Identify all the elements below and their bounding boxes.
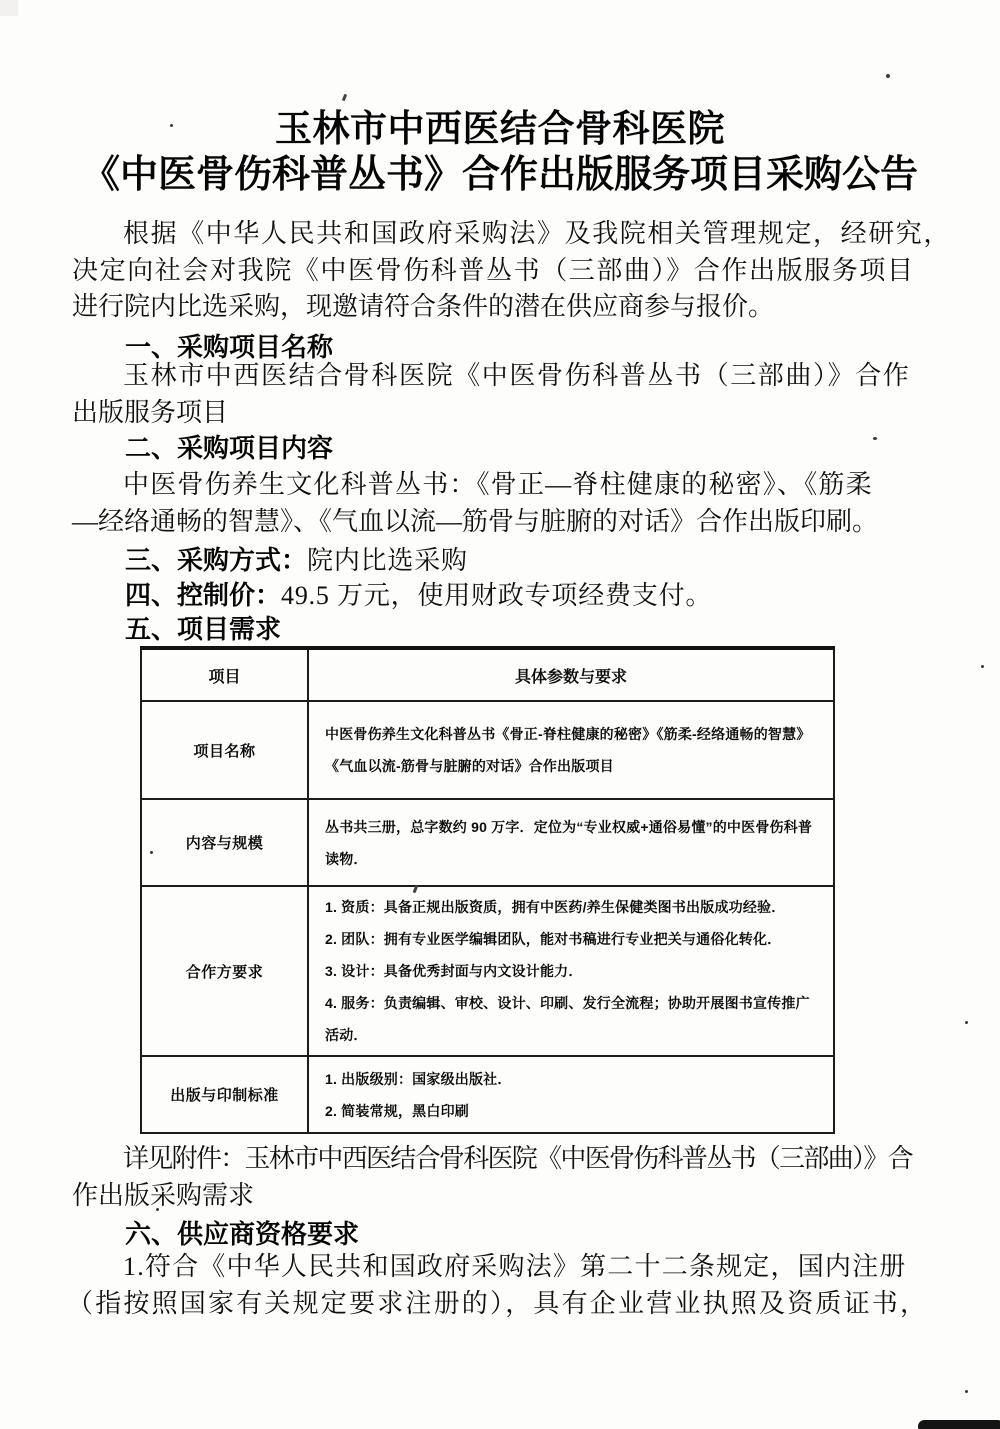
- row-content: 1. 出版级别：国家级出版社． 2. 简装常规，黑白印刷: [308, 1056, 834, 1133]
- scan-speck: [901, 1150, 904, 1153]
- content-line: 2. 简装常规，黑白印刷: [325, 1095, 823, 1127]
- scan-speck: [873, 437, 877, 440]
- section1-line: 玉林市中西医结合骨科医院《中医骨伤科普丛书（三部曲）》合作: [72, 358, 925, 395]
- intro-paragraph: 根据《中华人民共和国政府采购法》及我院相关管理规定，经研究， 决定向社会对我院《…: [72, 216, 925, 326]
- table-row: 内容与规模 丛书共三册，总字数约 90 万字．定位为“专业权威+通俗易懂”的中医…: [141, 799, 834, 886]
- scan-corner-shade: [0, 0, 18, 16]
- section2-heading: 二、采购项目内容: [125, 430, 333, 467]
- content-line: 中医骨伤养生文化科普丛书《骨正-脊柱健康的秘密》《筋柔-经络通畅的智慧》: [325, 718, 823, 750]
- supplier-line: 1.符合《中华人民共和国政府采购法》第二十二条规定，国内注册: [72, 1249, 925, 1286]
- supplier-line: （指按照国家有关规定要求注册的），具有企业营业执照及资质证书，: [67, 1286, 925, 1323]
- attachment-line: 详见附件：玉林市中西医结合骨科医院《中医骨伤科普丛书（三部曲）》合: [72, 1141, 925, 1178]
- scan-speck: [170, 124, 173, 127]
- row-content: 1. 资质：具备正规出版资质，拥有中医药/养生保健类图书出版成功经验． 2. 团…: [308, 886, 834, 1056]
- scanned-procurement-notice: 玉林市中西医结合骨科医院 《中医骨伤科普丛书》合作出版服务项目采购公告 根据《中…: [0, 0, 1000, 1429]
- scan-speck: [886, 74, 890, 78]
- table-row: 合作方要求 1. 资质：具备正规出版资质，拥有中医药/养生保健类图书出版成功经验…: [141, 886, 834, 1056]
- section4-value: 49.5 万元，使用财政专项经费支付。: [281, 581, 712, 610]
- content-line: 1. 资质：具备正规出版资质，拥有中医药/养生保健类图书出版成功经验．: [325, 891, 823, 923]
- attachment-line: 作出版采购需求: [72, 1178, 925, 1215]
- intro-line: 决定向社会对我院《中医骨伤科普丛书（三部曲）》合作出版服务项目: [72, 253, 925, 290]
- scan-speck: [965, 1021, 968, 1024]
- row-label: 项目名称: [141, 701, 308, 799]
- scan-speck: [981, 665, 984, 668]
- section5-heading: 五、项目需求: [125, 611, 281, 648]
- intro-line: 根据《中华人民共和国政府采购法》及我院相关管理规定，经研究，: [72, 216, 925, 253]
- table-row: 项目名称 中医骨伤养生文化科普丛书《骨正-脊柱健康的秘密》《筋柔-经络通畅的智慧…: [141, 701, 834, 799]
- table-header-item: 项目: [141, 648, 308, 701]
- section3-label: 三、采购方式：: [125, 545, 307, 575]
- table-row: 出版与印制标准 1. 出版级别：国家级出版社． 2. 简装常规，黑白印刷: [141, 1056, 834, 1133]
- row-label: 合作方要求: [141, 886, 308, 1056]
- intro-line: 进行院内比选采购，现邀请符合条件的潜在供应商参与报价。: [72, 289, 925, 326]
- section3-heading: 三、采购方式：院内比选采购: [125, 542, 468, 580]
- section4-heading: 四、控制价：49.5 万元，使用财政专项经费支付。: [125, 577, 712, 615]
- scan-speck: [965, 1390, 968, 1393]
- scan-smudge: [918, 1420, 1000, 1429]
- document-title-line2: 《中医骨伤科普丛书》合作出版服务项目采购公告: [0, 143, 1000, 198]
- row-label: 内容与规模: [141, 799, 308, 886]
- content-line: 丛书共三册，总字数约 90 万字．定位为“专业权威+通俗易懂”的中医骨伤科普: [325, 811, 823, 843]
- row-content: 丛书共三册，总字数约 90 万字．定位为“专业权威+通俗易懂”的中医骨伤科普 读…: [308, 799, 834, 886]
- section2-line: —经络通畅的智慧》、《气血以流—筋骨与脏腑的对话》合作出版印刷。: [72, 504, 925, 541]
- section1-paragraph: 玉林市中西医结合骨科医院《中医骨伤科普丛书（三部曲）》合作 出版服务项目: [72, 358, 925, 431]
- content-line: 4. 服务：负责编辑、审校、设计、印刷、发行全流程；协助开展图书宣传推广: [325, 987, 823, 1019]
- section2-line: 中医骨伤养生文化科普丛书：《骨正—脊柱健康的秘密》、《筋柔: [72, 467, 925, 504]
- scan-speck: [156, 1208, 159, 1211]
- section6-heading: 六、供应商资格要求: [125, 1216, 359, 1253]
- content-line: 《气血以流-筋骨与脏腑的对话》合作出版项目: [325, 750, 823, 782]
- table-header-spec: 具体参数与要求: [308, 648, 834, 701]
- content-line: 2. 团队：拥有专业医学编辑团队，能对书稿进行专业把关与通俗化转化．: [325, 923, 823, 955]
- content-line: 活动．: [325, 1019, 823, 1051]
- row-content: 中医骨伤养生文化科普丛书《骨正-脊柱健康的秘密》《筋柔-经络通畅的智慧》 《气血…: [308, 701, 834, 799]
- section1-line: 出版服务项目: [72, 395, 925, 432]
- section3-value: 院内比选采购: [307, 546, 468, 575]
- content-line: 3. 设计：具备优秀封面与内文设计能力．: [325, 955, 823, 987]
- row-label: 出版与印制标准: [141, 1056, 308, 1133]
- requirements-table: 项目 具体参数与要求 项目名称 中医骨伤养生文化科普丛书《骨正-脊柱健康的秘密》…: [140, 646, 835, 1134]
- attachment-paragraph: 详见附件：玉林市中西医结合骨科医院《中医骨伤科普丛书（三部曲）》合 作出版采购需…: [72, 1141, 925, 1214]
- table-header-row: 项目 具体参数与要求: [141, 648, 834, 701]
- scan-speck: [150, 851, 153, 854]
- section2-paragraph: 中医骨伤养生文化科普丛书：《骨正—脊柱健康的秘密》、《筋柔 —经络通畅的智慧》、…: [72, 467, 925, 540]
- content-line: 读物．: [325, 843, 823, 875]
- content-line: 1. 出版级别：国家级出版社．: [325, 1063, 823, 1095]
- section4-label: 四、控制价：: [125, 580, 281, 610]
- supplier-paragraph: 1.符合《中华人民共和国政府采购法》第二十二条规定，国内注册 （指按照国家有关规…: [72, 1249, 925, 1322]
